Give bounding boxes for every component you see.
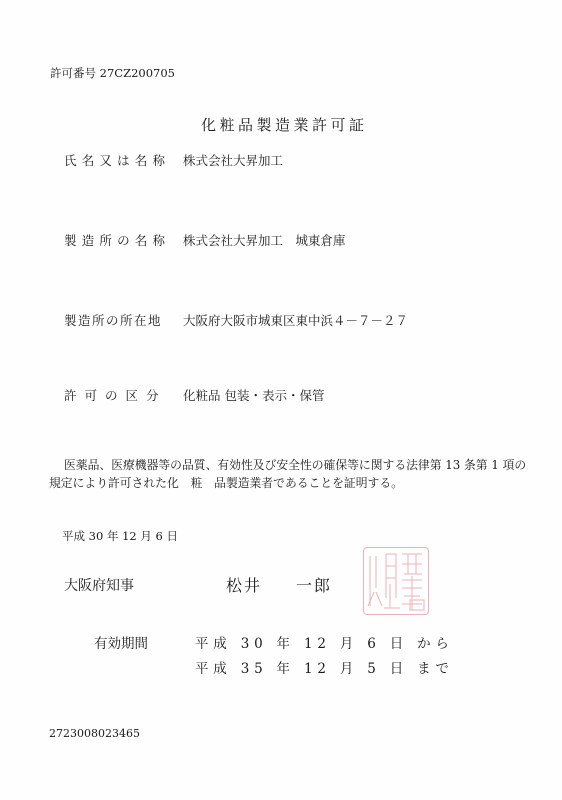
validity-to: 平成 35 年 12 月 5 日 まで [195, 657, 454, 677]
permit-certificate-page: 許可番号 27CZ200705 化粧品製造業許可証 氏名又は名称 株式会社大昇加… [0, 0, 562, 800]
issue-date: 平成 30 年 12 月 6 日 [62, 528, 178, 544]
statement-line-1: 医薬品、医療機器等の品質、有効性及び安全性の確保等に関する法律第 13 条第 1… [49, 456, 529, 474]
field-label-name: 氏名又は名称 [64, 151, 170, 169]
issuer-signature: 松井一郎 [226, 573, 332, 596]
document-title: 化粧品製造業許可証 [201, 114, 368, 135]
permit-number-label: 許可番号 [50, 66, 96, 80]
field-value-facility-name: 株式会社大昇加工 城東倉庫 [183, 231, 346, 249]
field-label-facility-name: 製造所の名称 [64, 231, 170, 249]
issuer-given-name: 一郎 [296, 576, 332, 595]
field-label-permit-category: 許可の区分 [64, 386, 167, 404]
field-value-name: 株式会社大昇加工 [183, 151, 283, 169]
certification-statement: 医薬品、医療機器等の品質、有効性及び安全性の確保等に関する法律第 13 条第 1… [49, 456, 529, 492]
field-value-facility-address: 大阪府大阪市城東区東中浜４－７－２７ [183, 311, 408, 329]
issuer-title: 大阪府知事 [64, 575, 134, 595]
permit-number-value: 27CZ200705 [100, 66, 175, 80]
statement-line-2: 規定により許可された化 粧 品製造業者であることを証明する。 [49, 474, 529, 492]
issuer-family-name: 松井 [226, 576, 262, 595]
document-code: 2723008023465 [49, 727, 140, 740]
official-seal-icon [363, 547, 429, 615]
validity-from: 平成 30 年 12 月 6 日 から [195, 632, 454, 652]
field-value-permit-category: 化粧品 包装・表示・保管 [183, 386, 324, 404]
permit-number: 許可番号 27CZ200705 [50, 65, 175, 81]
validity-label: 有効期間 [94, 632, 148, 652]
field-label-facility-address: 製造所の所在地 [64, 311, 162, 329]
